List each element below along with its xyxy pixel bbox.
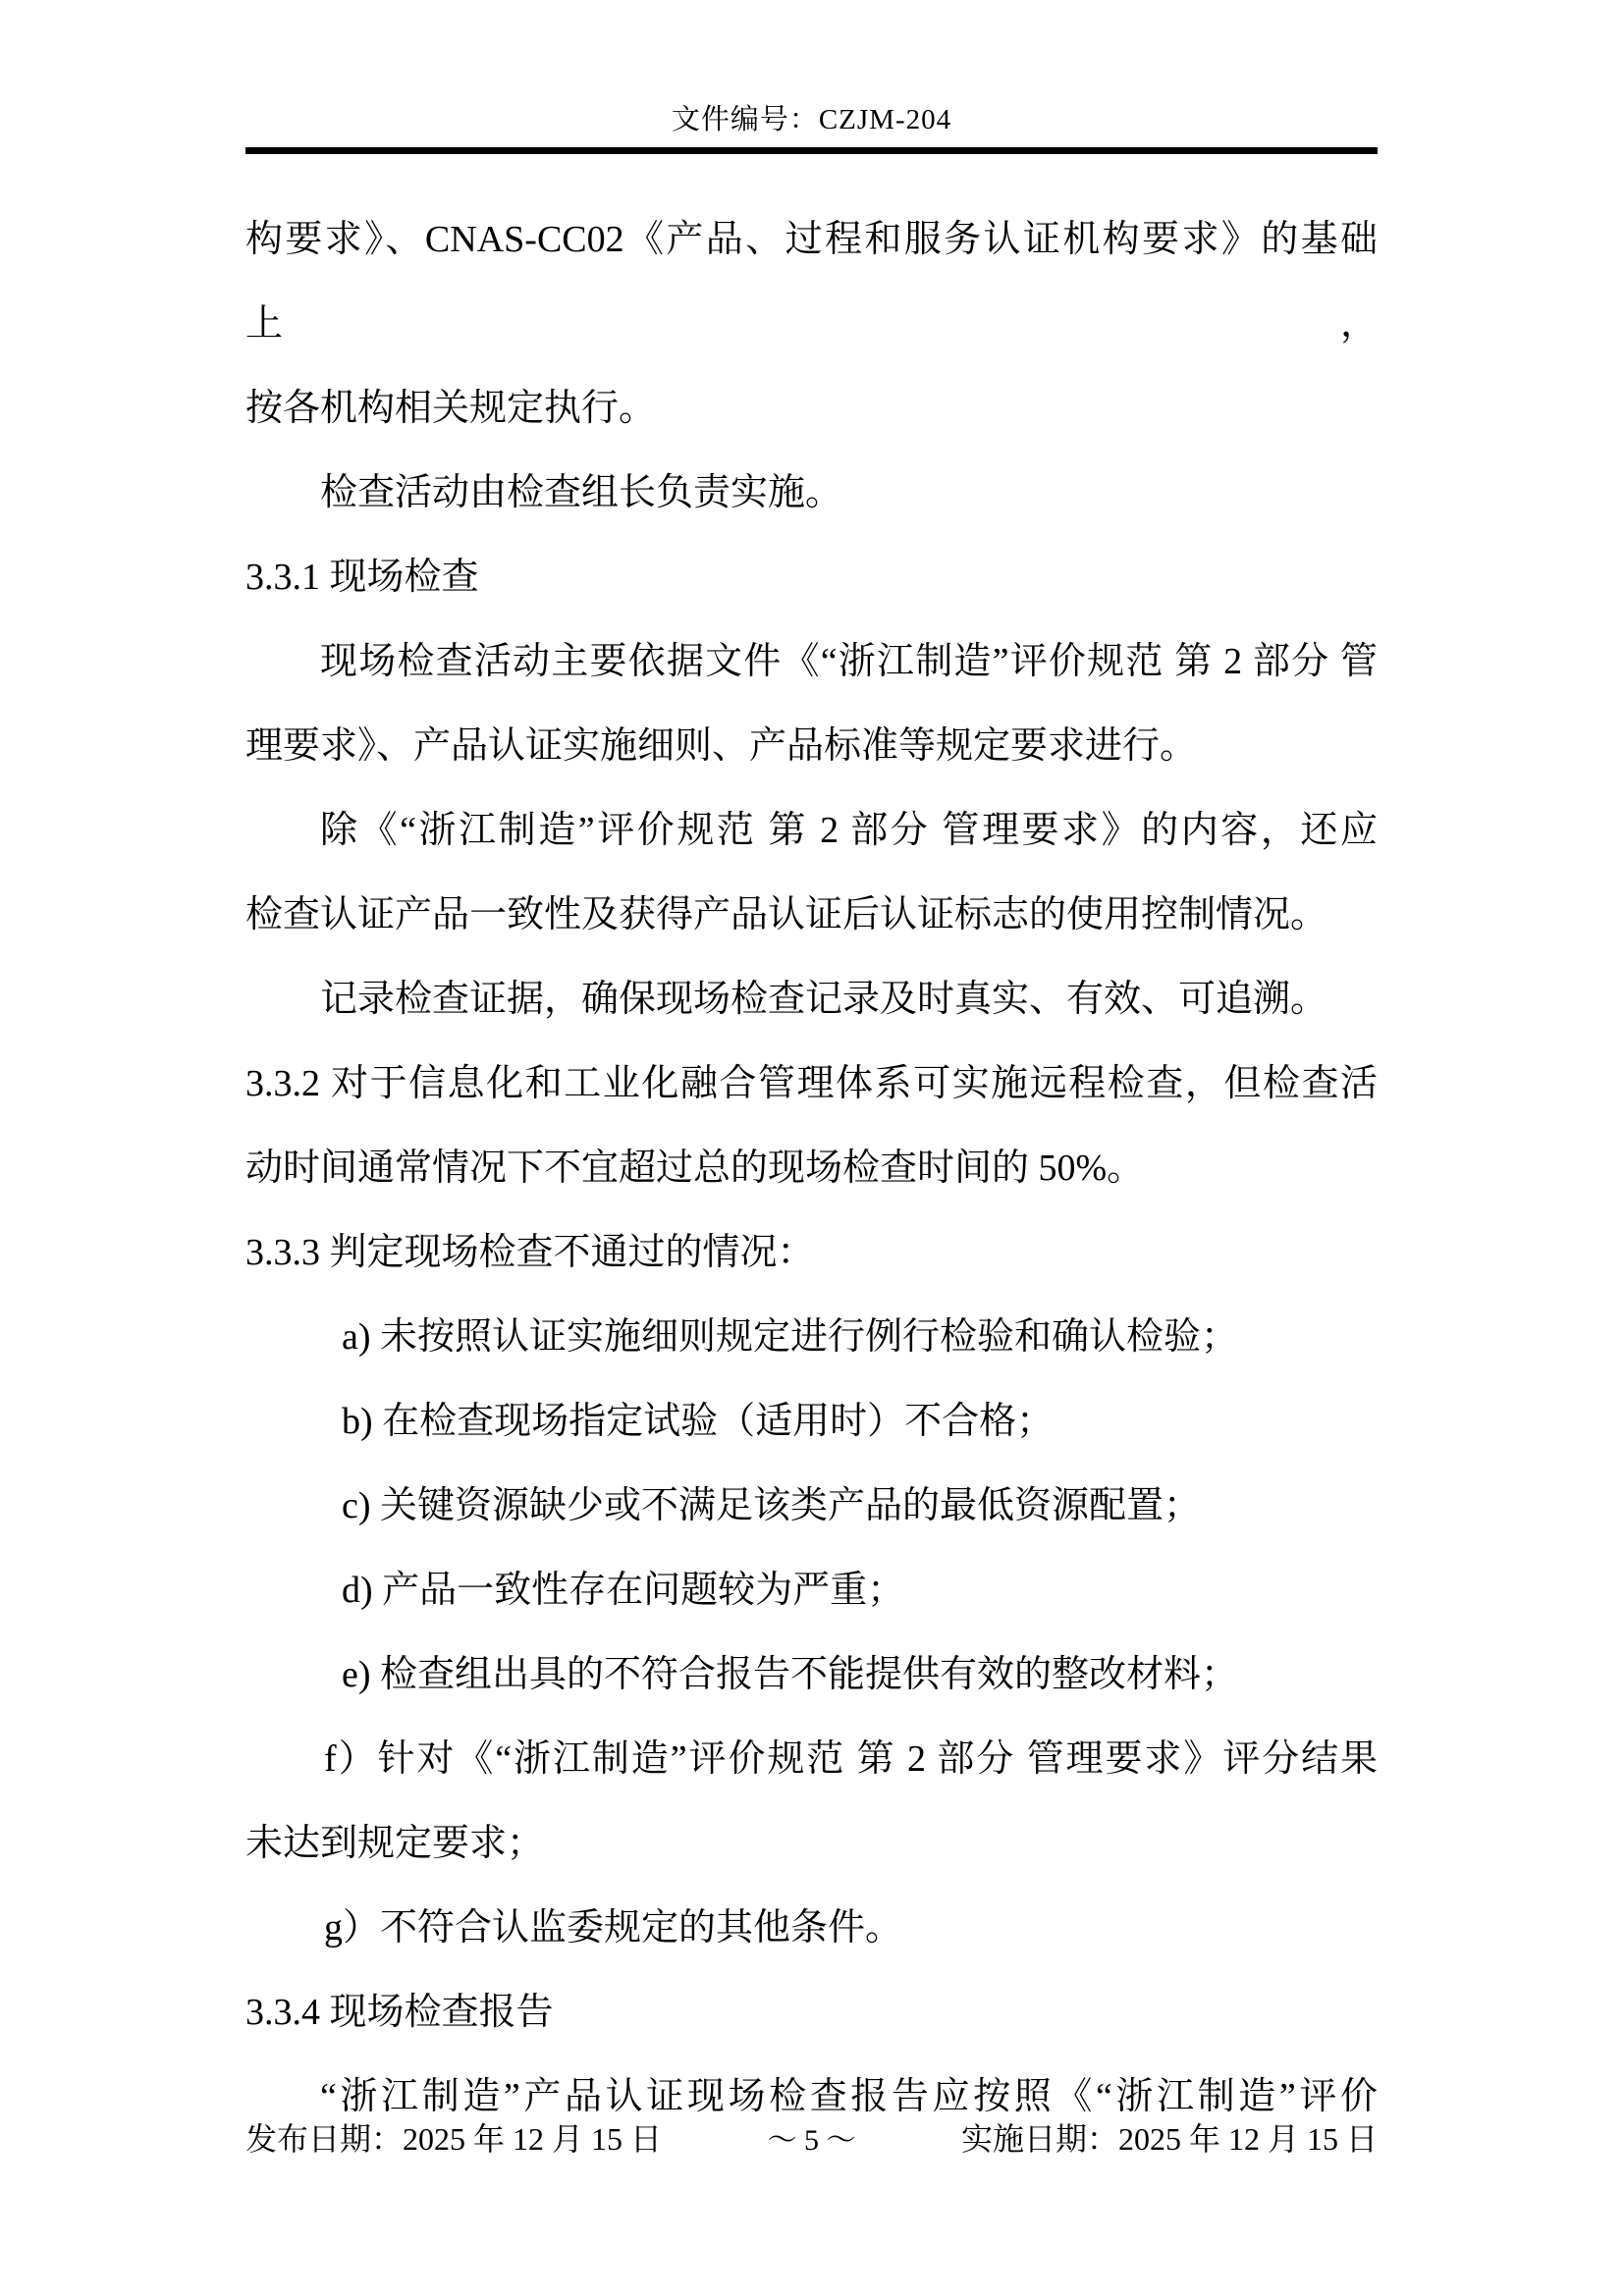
section-heading: 3.3.1 现场检查 xyxy=(245,535,1378,619)
page-number: ～ 5 ～ xyxy=(768,2120,856,2162)
list-item: f）针对《“浙江制造”评价规范 第 2 部分 管理要求》评分结果 xyxy=(245,1717,1378,1801)
document-footer: 发布日期：2025 年 12 月 15 日 ～ 5 ～ 实施日期：2025 年 … xyxy=(245,2118,1378,2162)
body-line: 构要求》、CNAS-CC02《产品、过程和服务认证机构要求》的基础上， xyxy=(245,197,1378,366)
list-item: c) 关键资源缺少或不满足该类产品的最低资源配置； xyxy=(245,1464,1378,1548)
section-heading: 3.3.2 对于信息化和工业化融合管理体系可实施远程检查，但检查活 xyxy=(245,1041,1378,1126)
body-line: 检查活动由检查组长负责实施。 xyxy=(245,451,1378,535)
document-body: 构要求》、CNAS-CC02《产品、过程和服务认证机构要求》的基础上， 按各机构… xyxy=(245,197,1378,2139)
document-page: 文件编号：CZJM-204 构要求》、CNAS-CC02《产品、过程和服务认证机… xyxy=(0,0,1624,2296)
list-item: g）不符合认监委规定的其他条件。 xyxy=(245,1886,1378,1970)
section-heading: 3.3.3 判定现场检查不通过的情况： xyxy=(245,1210,1378,1295)
implement-date: 实施日期：2025 年 12 月 15 日 xyxy=(961,2118,1378,2160)
body-line: 记录检查证据，确保现场检查记录及时真实、有效、可追溯。 xyxy=(245,957,1378,1041)
body-line: 按各机构相关规定执行。 xyxy=(245,366,1378,451)
section-heading: 3.3.4 现场检查报告 xyxy=(245,1970,1378,2055)
body-line: 动时间通常情况下不宜超过总的现场检查时间的 50%。 xyxy=(245,1126,1378,1210)
body-line: 理要求》、产品认证实施细则、产品标准等规定要求进行。 xyxy=(245,704,1378,788)
list-item: e) 检查组出具的不符合报告不能提供有效的整改材料； xyxy=(245,1632,1378,1717)
body-line: 检查认证产品一致性及获得产品认证后认证标志的使用控制情况。 xyxy=(245,873,1378,957)
header-divider-line xyxy=(245,147,1378,154)
body-line: 现场检查活动主要依据文件《“浙江制造”评价规范 第 2 部分 管 xyxy=(245,619,1378,704)
list-item: b) 在检查现场指定试验（适用时）不合格； xyxy=(245,1379,1378,1464)
list-item: d) 产品一致性存在问题较为严重； xyxy=(245,1548,1378,1632)
list-item: a) 未按照认证实施细则规定进行例行检验和确认检验； xyxy=(245,1295,1378,1379)
body-line: 未达到规定要求； xyxy=(245,1801,1378,1886)
document-header: 文件编号：CZJM-204 xyxy=(245,102,1378,154)
body-line: 除《“浙江制造”评价规范 第 2 部分 管理要求》的内容，还应 xyxy=(245,788,1378,873)
release-date: 发布日期：2025 年 12 月 15 日 xyxy=(245,2118,662,2160)
document-number: 文件编号：CZJM-204 xyxy=(245,102,1378,138)
